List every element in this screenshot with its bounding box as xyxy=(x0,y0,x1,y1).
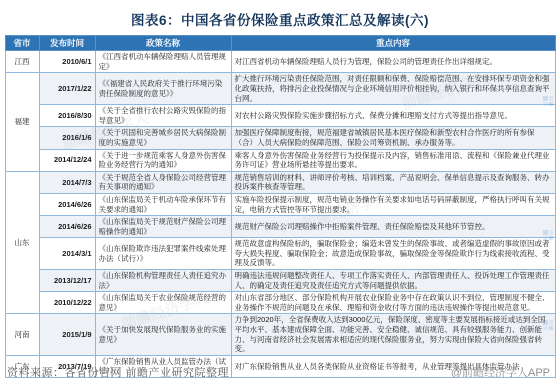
province-cell-shandong: 山东 xyxy=(5,171,39,314)
policy-content-cell: 力争到2020年，全省保费收入达到3000亿元，保险深度、密度等主要发展指标接近… xyxy=(231,314,555,355)
table-row: 2010/12/22 《山东保监局关于农业保险规范经营的意见》 对山东省部分地区… xyxy=(5,292,555,314)
policy-content-cell: 规范销售培训的材料、讲师评价考核、培训档案、产品说明会、保单信息提示及查询服务、… xyxy=(231,171,555,193)
policy-name-cell: 《关于规范全省人身保险公司经营管理有关事项的通知》 xyxy=(95,171,231,193)
table-row: 2014/12/24 《关于进一步规范乘客人身意外伤害保险业务经营行为的通知》 … xyxy=(5,149,555,171)
table-row: 2014/6/26 《山东保监局关于规范财产保险公司理赔操作的通知》 规范财产保… xyxy=(5,216,555,238)
table-row: 山东 2014/7/3 《关于规范全省人身保险公司经营管理有关事项的通知》 规范… xyxy=(5,171,555,193)
table-row: 2013/12/17 《山东保险机构管理责任人责任追究办法》 明确违法违规问题整… xyxy=(5,270,555,292)
date-cell: 2015/1/9 xyxy=(39,314,95,355)
table-row: 河南 2015/1/9 《关于加快发展现代保险服务业的实施意见》 力争到2020… xyxy=(5,314,555,355)
table-row: 2016/1/6 《关于巩固和完善城乡居民大病保险制度的实施意见》 加强医疗保障… xyxy=(5,127,555,149)
policy-content-cell: 规范财产保险公司理赔操作中拒赔案件管理、责任保险赔偿及其他环节管控。 xyxy=(231,216,555,238)
header-date: 发布时间 xyxy=(39,36,95,51)
date-cell: 2013/12/17 xyxy=(39,270,95,292)
policy-content-cell: 实施车险投保提示制度，规范电销业务操作有关要求如电话号码屏蔽制度，严格执行呼叫有… xyxy=(231,193,555,215)
header-content: 重点内容 xyxy=(231,36,555,51)
policy-content-cell: 对农村公路灾毁保险实施步骤招标方式、保费分摊和理赔支付方式等提出指导意见。 xyxy=(231,105,555,127)
policy-content-cell: 乘客人身意外伤害保险业务经营行为投保提示及内容，销售标准用语、流程和《保险兼业代… xyxy=(231,149,555,171)
header-province: 省市 xyxy=(5,36,39,51)
policy-name-cell: 《山东保险机构管理责任人责任追究办法》 xyxy=(95,270,231,292)
policy-name-cell: 《山东保监局关于农业保险规范经营的意见》 xyxy=(95,292,231,314)
date-cell: 2016/8/30 xyxy=(39,105,95,127)
date-cell: 2014/6/26 xyxy=(39,193,95,215)
figure-title: 图表6：中国各省份保险重点政策汇总及解读(六) xyxy=(0,9,560,29)
policy-content-cell: 加强医疗保障制度衔接，规范福建省城镇居民基本医疗保险和新型农村合作医疗的所有参保… xyxy=(231,127,555,149)
policy-content-cell: 扩大推行环境污染责任保险范围，对责任限额和保费、保险赔偿范围、在安排环保专项资金… xyxy=(231,73,555,105)
policy-table: 省市 发布时间 政策名称 重点内容 江西 2010/6/1 《江西省机动车辆保险… xyxy=(5,35,556,378)
table-header-row: 省市 发布时间 政策名称 重点内容 xyxy=(5,36,555,51)
date-cell: 2014/12/24 xyxy=(39,149,95,171)
policy-name-cell: 《江西省机动车辆保险理赔人员管理规定》 xyxy=(95,51,231,73)
policy-name-cell: 《关于进一步规范乘客人身意外伤害保险业务经营行为的通知》 xyxy=(95,149,231,171)
policy-name-cell: 《《福建省人民政府关于推行环境污染责任保险制度的意见》》 xyxy=(95,73,231,105)
date-cell: 2017/1/22 xyxy=(39,73,95,105)
policy-content-cell: 对江西省机动车辆保险理赔人员行为管理，保险公司的管理责任作出详细规定。 xyxy=(231,51,555,73)
date-cell: 2014/3/1 xyxy=(39,238,95,270)
province-cell-fujian: 福建 xyxy=(5,73,39,171)
province-cell-henan: 河南 xyxy=(5,314,39,355)
province-cell-jiangxi: 江西 xyxy=(5,51,39,73)
policy-content-cell: 对山东省部分地区、部分保险机构开展农业保险业务中存在政策认识不到位、管理制度不健… xyxy=(231,292,555,314)
table-row: 2014/6/26 《山东保监局关于机动车险承保环节有关要求的通知》 实施车险投… xyxy=(5,193,555,215)
table-row: 2016/8/30 《关于全省推行农村公路灾毁保险的指导意见》 对农村公路灾毁保… xyxy=(5,105,555,127)
date-cell: 2014/7/3 xyxy=(39,171,95,193)
table-row: 2014/3/1 《山东保险欺诈违法犯罪案件线索处理办法（试行）》 规范故意虚构… xyxy=(5,238,555,270)
table-row: 福建 2017/1/22 《《福建省人民政府关于推行环境污染责任保险制度的意见》… xyxy=(5,73,555,105)
policy-content-cell: 明确违法违规问题整改责任人、专项工作落实责任人、内部管理责任人、投诉处理工作管理… xyxy=(231,270,555,292)
source-note: 资料来源：各省份官网 前瞻产业研究院整理 xyxy=(7,364,229,380)
policy-name-cell: 《山东保险欺诈违法犯罪案件线索处理办法（试行）》 xyxy=(95,238,231,270)
policy-name-cell: 《山东保监局关于规范财产保险公司理赔操作的通知》 xyxy=(95,216,231,238)
header-policy-name: 政策名称 xyxy=(95,36,231,51)
date-cell: 2016/1/6 xyxy=(39,127,95,149)
figure-footer: 资料来源：各省份官网 前瞻产业研究院整理 @前瞻经济学人APP xyxy=(0,364,560,380)
policy-name-cell: 《关于全省推行农村公路灾毁保险的指导意见》 xyxy=(95,105,231,127)
date-cell: 2010/6/1 xyxy=(39,51,95,73)
brand-note: @前瞻经济学人APP xyxy=(451,364,550,380)
policy-name-cell: 《山东保监局关于机动车险承保环节有关要求的通知》 xyxy=(95,193,231,215)
policy-name-cell: 《关于加快发展现代保险服务业的实施意见》 xyxy=(95,314,231,355)
policy-content-cell: 规范故意虚构保险标的，骗取保险金；编造未曾发生的保险事故、或者编造虚假的事故原因… xyxy=(231,238,555,270)
date-cell: 2010/12/22 xyxy=(39,292,95,314)
table-row: 江西 2010/6/1 《江西省机动车辆保险理赔人员管理规定》 对江西省机动车辆… xyxy=(5,51,555,73)
policy-name-cell: 《关于巩固和完善城乡居民大病保险制度的实施意见》 xyxy=(95,127,231,149)
date-cell: 2014/6/26 xyxy=(39,216,95,238)
